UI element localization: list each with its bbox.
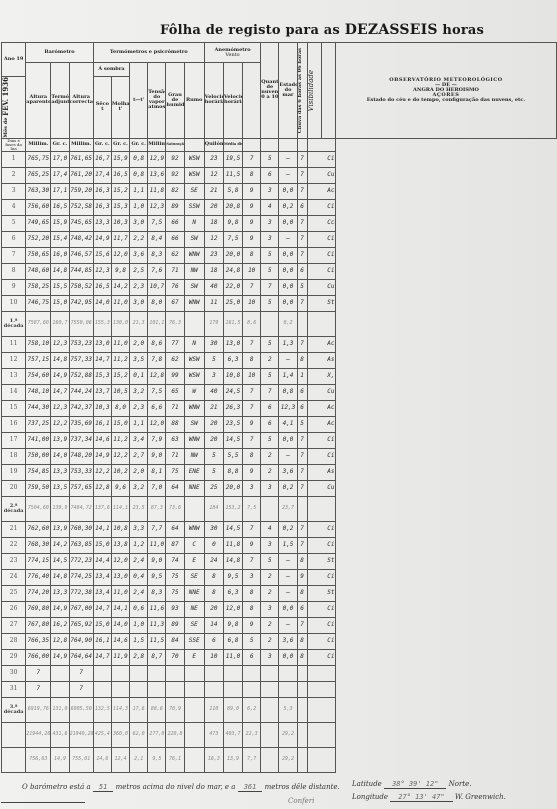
value-cell: 761,20	[69, 167, 93, 183]
value-cell: 13,4	[93, 569, 111, 585]
value-cell: 767,80	[26, 617, 51, 633]
value-cell: 754,60	[26, 368, 51, 384]
value-cell: 360,0	[111, 722, 129, 747]
longitude-line: Longitude 27° 13' 47" W. Greenwich.	[352, 791, 506, 804]
value-cell: 2	[261, 464, 279, 480]
value-cell: 8,4	[148, 231, 166, 247]
value-cell	[130, 665, 148, 681]
value-cell: 11,2	[111, 352, 129, 368]
value-cell: 12,3	[148, 199, 166, 215]
divider-cell	[307, 569, 321, 585]
value-cell: 5	[243, 633, 261, 649]
value-cell: 10,8	[223, 368, 242, 384]
value-cell: 5	[261, 295, 279, 311]
value-cell: —	[279, 617, 297, 633]
value-cell: 24,8	[223, 263, 242, 279]
value-cell: 473	[204, 722, 223, 747]
value-cell: 7	[243, 336, 261, 352]
divider-cell	[307, 601, 321, 617]
value-cell: 15,3	[93, 368, 111, 384]
day-cell: 20	[2, 480, 26, 496]
value-cell: WSW	[184, 151, 204, 167]
value-cell: 12	[204, 231, 223, 247]
value-cell: 92	[166, 167, 184, 183]
value-cell: 9,8	[223, 215, 242, 231]
observation-cell: Ci, Acu, St, chuva leve intermitente	[321, 601, 335, 617]
value-cell: 21944,20	[26, 722, 51, 747]
value-cell: 8,7	[148, 649, 166, 665]
title-suffix: horas	[442, 23, 484, 38]
value-cell: 8	[297, 352, 307, 368]
value-cell: 74	[166, 553, 184, 569]
value-cell: 13,3	[93, 215, 111, 231]
value-cell: 768,30	[26, 537, 51, 553]
thermometers-header: Termómetros e psicrómetro	[93, 43, 204, 63]
table-row: 7750,6516,0746,5715,612,03,68,362WNW2320…	[2, 247, 557, 263]
divider-cell	[307, 279, 321, 295]
value-cell: 0,6	[130, 601, 148, 617]
latitude-line: Latitude 38° 39' 12" Norte.	[352, 778, 506, 791]
value-cell: 5	[261, 151, 279, 167]
value-cell	[297, 681, 307, 697]
value-cell: WNW	[184, 295, 204, 311]
day-cell: 7	[2, 247, 26, 263]
value-cell: 114,3	[111, 697, 129, 722]
baro-mid: metros acima do nivel do mar, e a	[116, 783, 236, 791]
value-cell: 7	[297, 432, 307, 448]
value-cell: 13,8	[111, 537, 129, 553]
value-cell: 15,5	[51, 279, 69, 295]
table-row: 3763,3017,1759,2016,315,21,111,882SE215,…	[2, 183, 557, 199]
day-cell: 26	[2, 601, 26, 617]
value-cell: 759,50	[26, 480, 51, 496]
value-cell: 11,7	[111, 231, 129, 247]
table-row: 18750,0014,0748,2014,912,22,79,071NW55,5…	[2, 448, 557, 464]
value-cell: 9,0	[148, 553, 166, 569]
value-cell: 757,15	[26, 352, 51, 368]
value-cell: 14,0	[51, 448, 69, 464]
table-row: 11758,1012,3753,2313,011,02,08,677N3013,…	[2, 336, 557, 352]
value-cell: 750,00	[26, 448, 51, 464]
unit	[261, 138, 279, 151]
month-value: FEV. 1936	[2, 77, 11, 116]
value-cell: 3,5	[130, 352, 148, 368]
obs-header: OBSERVATÓRIO METEOROLÓGICO — DE — ANGRA …	[335, 43, 556, 139]
value-cell: 1,4	[279, 368, 297, 384]
value-cell: 71	[166, 448, 184, 464]
value-cell: 12,3	[93, 263, 111, 279]
value-cell: 14,9	[51, 368, 69, 384]
value-cell: 10	[204, 649, 223, 665]
value-cell: 13,6	[148, 167, 166, 183]
value-cell: 14,5	[223, 432, 242, 448]
table-row: 29766,0014,9764,6414,711,92,88,770E1011,…	[2, 649, 557, 665]
value-cell: —	[279, 553, 297, 569]
value-cell: 23,5	[130, 496, 148, 521]
table-row: 22768,3014,2763,8515,013,81,211,087C011,…	[2, 537, 557, 553]
value-cell: 7	[297, 480, 307, 496]
value-cell: 12,2	[93, 464, 111, 480]
value-cell: 7,7	[148, 521, 166, 537]
value-cell: 13,0	[93, 336, 111, 352]
value-cell: 6	[261, 400, 279, 416]
value-cell: 9,0	[148, 448, 166, 464]
value-cell: 132,5	[93, 697, 111, 722]
value-cell: 87,3	[148, 496, 166, 521]
value-cell: 1	[297, 368, 307, 384]
value-cell: 1,0	[130, 617, 148, 633]
observation-cell: Cist, Cu, chuva fraca intermitente	[321, 263, 335, 279]
value-cell: N	[184, 215, 204, 231]
value-cell: 17,4	[93, 167, 111, 183]
value-cell: 765,25	[26, 167, 51, 183]
value-cell: ENE	[184, 464, 204, 480]
value-cell: 14,8	[51, 569, 69, 585]
observation-cell: Acu, Cu, St, chuva leve intermitente nas…	[321, 416, 335, 432]
lat-value: 38° 39' 12"	[384, 780, 446, 789]
value-cell: 8	[243, 585, 261, 601]
value-cell: 84	[166, 633, 184, 649]
value-cell: 3,6	[279, 464, 297, 480]
value-cell	[51, 665, 69, 681]
value-cell: 11,6	[148, 601, 166, 617]
value-cell: 7	[243, 521, 261, 537]
observation-cell: Ccu, Cu	[321, 215, 335, 231]
value-cell: 66	[166, 231, 184, 247]
value-cell: 21	[204, 400, 223, 416]
value-cell: 16,1	[93, 633, 111, 649]
value-cell: 1,3	[279, 336, 297, 352]
year-cell: Ano 19	[2, 43, 26, 77]
unit	[279, 138, 297, 151]
value-cell: 13,3	[51, 585, 69, 601]
value-cell: —	[279, 167, 297, 183]
value-cell: 755,01	[69, 747, 93, 772]
col-baro-apparent: Altura aparente	[26, 63, 51, 139]
observation-cell: Cist, Cu	[321, 231, 335, 247]
value-cell: 13,7	[93, 384, 111, 400]
value-cell: 0,0	[279, 649, 297, 665]
value-cell: 7	[26, 681, 51, 697]
day-cell: 1	[2, 151, 26, 167]
day-cell: 3	[2, 183, 26, 199]
table-row: 14748,1014,7744,2413,710,53,27,565W4024,…	[2, 384, 557, 400]
value-cell: —	[279, 585, 297, 601]
value-cell: 10	[243, 368, 261, 384]
value-cell: 2,0	[130, 464, 148, 480]
day-cell: 21	[2, 521, 26, 537]
value-cell: 17,6	[130, 697, 148, 722]
value-cell: 7	[243, 151, 261, 167]
value-cell: 21940,28	[69, 722, 93, 747]
register-table: Ano 19 Barómetro Termómetros e psicrómet…	[1, 42, 557, 773]
value-cell: 2	[261, 617, 279, 633]
value-cell: 73,6	[166, 496, 184, 521]
value-cell: 161,5	[223, 311, 242, 336]
value-cell: 1,1	[130, 416, 148, 432]
table-row: 17741,0013,9737,3414,611,23,47,963WNW201…	[2, 432, 557, 448]
value-cell: 745,65	[69, 215, 93, 231]
value-cell: 14,8	[51, 263, 69, 279]
value-cell: 7	[243, 432, 261, 448]
value-cell: 137,6	[93, 496, 111, 521]
value-cell	[184, 311, 204, 336]
value-cell: 7	[243, 553, 261, 569]
value-cell: 23,7	[279, 496, 297, 521]
value-cell: 7	[297, 336, 307, 352]
value-cell: 15,0	[51, 295, 69, 311]
value-cell: 277,0	[148, 722, 166, 747]
value-cell	[130, 681, 148, 697]
value-cell: 16,2	[51, 617, 69, 633]
value-cell: 742,95	[69, 295, 93, 311]
value-cell: 8,6	[148, 336, 166, 352]
value-cell: 763,30	[26, 183, 51, 199]
value-cell: 2	[261, 633, 279, 649]
value-cell: 8,0	[148, 295, 166, 311]
observation-cell: Ci, Acu, Cu, Cub, chuviscos fracos de ch…	[321, 432, 335, 448]
month-label: Mês de	[3, 118, 9, 138]
value-cell: 774,20	[26, 585, 51, 601]
value-cell: 9	[243, 199, 261, 215]
value-cell: 8	[297, 553, 307, 569]
value-cell: 10,3	[111, 215, 129, 231]
value-cell: 8,8	[223, 464, 242, 480]
divider-cell	[307, 697, 321, 722]
day-cell: 11	[2, 336, 26, 352]
value-cell	[184, 722, 204, 747]
value-cell: 4	[261, 521, 279, 537]
value-cell: 70,9	[166, 697, 184, 722]
divider-cell	[307, 633, 321, 649]
value-cell: 9	[243, 617, 261, 633]
col-wavy-divider	[321, 43, 335, 139]
day-cell: 24	[2, 569, 26, 585]
value-cell: 7,5	[243, 496, 261, 521]
value-cell: 160,7	[51, 311, 69, 336]
value-cell: 757,33	[69, 352, 93, 368]
value-cell: NNE	[184, 585, 204, 601]
value-cell: 7	[297, 295, 307, 311]
value-cell: 12,0	[111, 553, 129, 569]
value-cell: 3	[261, 183, 279, 199]
value-cell: 0,2	[279, 311, 297, 336]
value-cell: 75	[166, 569, 184, 585]
barometer-header: Barómetro	[26, 43, 94, 63]
value-cell: SW	[184, 231, 204, 247]
value-cell: 67	[166, 295, 184, 311]
value-cell: 10,2	[111, 464, 129, 480]
value-cell: 3	[261, 215, 279, 231]
value-cell: 5	[204, 448, 223, 464]
value-cell: SE	[184, 617, 204, 633]
day-cell: 2.ª década	[2, 496, 26, 521]
value-cell: 2,2	[130, 231, 148, 247]
value-cell: 16,5	[51, 199, 69, 215]
value-cell: 15,3	[111, 199, 129, 215]
value-cell: 3,2	[130, 384, 148, 400]
value-cell: 7,9	[148, 432, 166, 448]
value-cell: 62,0	[130, 722, 148, 747]
day-cell: 19	[2, 464, 26, 480]
value-cell: 0,1	[130, 368, 148, 384]
divider-cell	[307, 151, 321, 167]
table-row: 26769,8014,9767,0014,714,10,611,693NE201…	[2, 601, 557, 617]
value-cell: 776,40	[26, 569, 51, 585]
value-cell: 20,0	[223, 480, 242, 496]
day-cell: 27	[2, 617, 26, 633]
value-cell	[51, 681, 69, 697]
divider-cell	[307, 722, 321, 747]
value-cell: WSW	[184, 352, 204, 368]
value-cell: 20	[204, 432, 223, 448]
value-cell: 8	[297, 585, 307, 601]
table-row: 20759,5013,5757,6512,89,63,27,064NNE2520…	[2, 480, 557, 496]
value-cell: 12,8	[51, 633, 69, 649]
unit	[243, 138, 261, 151]
value-cell: 9	[243, 464, 261, 480]
value-cell: 2,5	[130, 263, 148, 279]
day-cell: 12	[2, 352, 26, 368]
divider-cell	[307, 432, 321, 448]
value-cell: 6,6	[148, 400, 166, 416]
value-cell: 82	[166, 183, 184, 199]
value-cell: 7	[243, 400, 261, 416]
value-cell: 16,3	[93, 199, 111, 215]
value-cell: 11,0	[223, 649, 242, 665]
title-prefix: Fôlha de registo para as	[160, 23, 340, 38]
value-cell: 769,80	[26, 601, 51, 617]
value-cell: 30	[204, 521, 223, 537]
value-cell: 14,0	[93, 295, 111, 311]
baro-distance: 361	[238, 783, 263, 792]
col-diff: t—t'	[130, 63, 148, 139]
col-dry: Sêco t	[93, 77, 111, 139]
value-cell: 5	[204, 352, 223, 368]
value-cell: 8,0	[111, 400, 129, 416]
value-cell: 13,9	[223, 747, 242, 772]
value-cell: 15,2	[111, 183, 129, 199]
table-row: 25774,2013,3772,3813,411,02,48,375NNE86,…	[2, 585, 557, 601]
value-cell: WNW	[184, 400, 204, 416]
value-cell: SE	[184, 183, 204, 199]
unit: Gr. c.	[51, 138, 69, 151]
value-cell: 403,7	[223, 722, 242, 747]
value-cell: 6,3	[223, 585, 242, 601]
value-cell	[111, 681, 129, 697]
day-cell: 4	[2, 199, 26, 215]
value-cell	[184, 747, 204, 772]
value-cell: 0,0	[279, 279, 297, 295]
observation-cell: Ast, Cu, chuviscos fracos de chuva	[321, 464, 335, 480]
value-cell: 7	[69, 665, 93, 681]
value-cell: NW	[184, 448, 204, 464]
value-cell: 16,5	[111, 167, 129, 183]
day-cell: 2	[2, 167, 26, 183]
value-cell: 10	[243, 263, 261, 279]
value-cell: 12,4	[111, 747, 129, 772]
lon-label: Longitude	[352, 793, 388, 801]
value-cell: 64	[166, 480, 184, 496]
value-cell: 11,8	[223, 537, 242, 553]
value-cell: 14,5	[51, 553, 69, 569]
value-cell: 6	[297, 384, 307, 400]
value-cell: 20,8	[223, 199, 242, 215]
value-cell	[279, 681, 297, 697]
value-cell: NW	[184, 263, 204, 279]
value-cell: 11,2	[111, 432, 129, 448]
value-cell: 3,0	[130, 295, 148, 311]
observation-cell: X, nevoeiro com chuvisco, chuva leve int…	[321, 368, 335, 384]
unit: Média diurna	[223, 138, 242, 151]
value-cell: 737,34	[69, 432, 93, 448]
value-cell: SW	[184, 416, 204, 432]
col-wind-mean: Velocidade horária	[223, 63, 242, 139]
observation-cell: Cu, St, chuva fraca intermitente das 11h…	[321, 279, 335, 295]
day-cell: 31	[2, 681, 26, 697]
value-cell: 748,60	[26, 263, 51, 279]
value-cell: 16,5	[93, 279, 111, 295]
value-cell: 748,10	[26, 384, 51, 400]
value-cell: 9,5	[148, 569, 166, 585]
value-cell: 71	[166, 263, 184, 279]
col-vapor: Tensão do vapor atmosférico	[148, 63, 166, 139]
value-cell: 8,3	[148, 585, 166, 601]
table-row: 4756,6016,5752,5816,315,31,012,389SSW202…	[2, 199, 557, 215]
lat-label: Latitude	[352, 780, 382, 788]
divider-cell	[307, 448, 321, 464]
value-cell: 765,75	[26, 151, 51, 167]
value-cell: 0,8	[130, 151, 148, 167]
divider-cell	[307, 384, 321, 400]
day-cell: 30	[2, 665, 26, 681]
value-cell: 7	[243, 279, 261, 295]
value-cell: 7	[26, 665, 51, 681]
divider-cell	[307, 537, 321, 553]
value-cell: 131,0	[51, 697, 69, 722]
value-cell: 6	[297, 199, 307, 215]
value-cell: 3	[261, 231, 279, 247]
value-cell: 14,1	[111, 601, 129, 617]
visibility-label: Visibilidade	[308, 70, 315, 111]
value-cell	[261, 665, 279, 681]
value-cell: W	[184, 384, 204, 400]
value-cell: 3,6	[130, 247, 148, 263]
value-cell: 20,0	[223, 247, 242, 263]
value-cell: 0	[204, 537, 223, 553]
value-cell: 15,4	[51, 231, 69, 247]
value-cell	[184, 665, 204, 681]
baro-prefix: O barómetro está a	[22, 783, 91, 791]
value-cell: 8	[243, 448, 261, 464]
value-cell: 756,63	[26, 747, 51, 772]
value-cell: 17,4	[51, 167, 69, 183]
register-sheet: Fôlha de registo para as DEZASSEIS horas…	[0, 0, 557, 809]
value-cell: 13,9	[51, 432, 69, 448]
value-cell: 750,65	[26, 247, 51, 263]
table-row: 19754,8513,3753,3312,210,22,08,175ENE58,…	[2, 464, 557, 480]
value-cell: 5	[204, 464, 223, 480]
value-cell: E	[184, 553, 204, 569]
value-cell: 2,7	[130, 448, 148, 464]
value-cell: 746,57	[69, 247, 93, 263]
value-cell: 89	[166, 617, 184, 633]
value-cell: 7,8	[148, 352, 166, 368]
table-row: 2765,2517,4761,2017,416,50,813,692WSW121…	[2, 167, 557, 183]
observation-cell: Cu, St, Bruma	[321, 167, 335, 183]
value-cell: 760,30	[69, 521, 93, 537]
table-row: 1765,7517,0761,6516,715,90,812,992WSW231…	[2, 151, 557, 167]
